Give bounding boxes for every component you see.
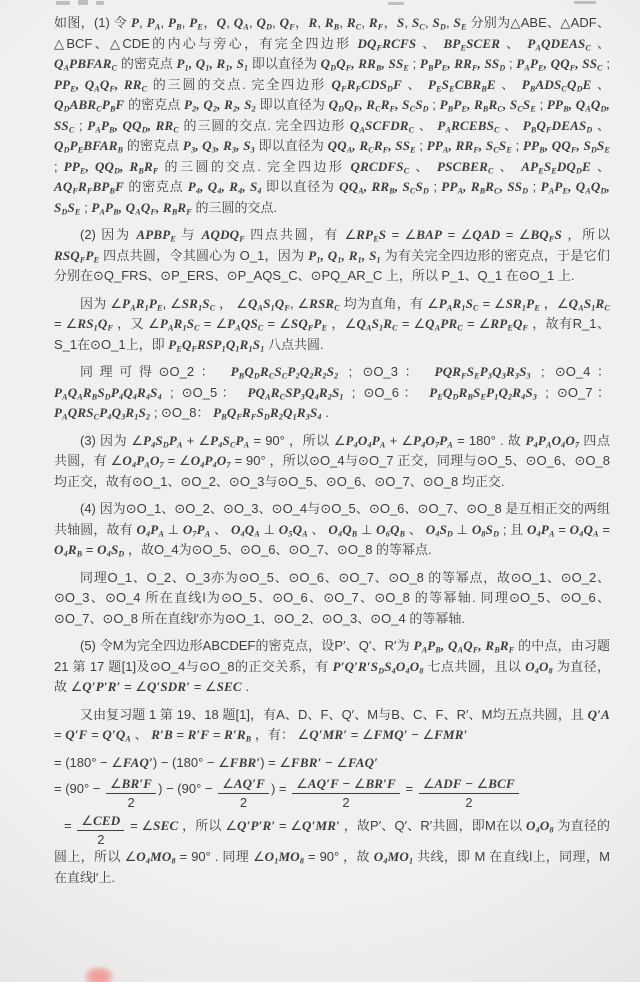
para-4-similar-circles: 同理可得⊙O_2： PBQDRCSCP2Q2R2S2 ; ⊙O_3： PQRFS…	[54, 362, 610, 424]
para-3-right-angles: 因为 ∠PAR1PE, ∠SR1SC ， ∠QAS1QF, ∠RSRC 均为直角…	[54, 294, 610, 356]
para-1-definitions: 如图，(1) 令 P, PA, PB, PE，Q, QA, QD, QF，R, …	[54, 13, 610, 218]
para-9-review-problems: 又由复习题 1 第 19、18 题[1]，有A、D、F、Q′、M与B、C、F、R…	[54, 705, 610, 746]
para-2-concyclic: (2) 因为 APBPE 与 AQDQF 四点共圆，有 ∠RPES = ∠BAP…	[54, 225, 610, 287]
para-8-miquel-point: (5) 令M为完全四边形ABCDEF的密克点，设P′、Q′、R′为 PAPB, …	[54, 636, 610, 698]
para-10-equation-line1: = (180° − ∠FAQ′) − (180° − ∠FBR′) = ∠FBR…	[54, 753, 610, 774]
para-12-conclusion: = ∠CED2 = ∠SEC ，所以 ∠Q′P′R′ = ∠Q′MR′ ，故P′…	[54, 813, 610, 888]
para-11-equation-line2: = (90° − ∠BR′F2) − (90° − ∠AQ′F2) = ∠AQ′…	[54, 776, 610, 810]
para-7-radical-axis: 同理O_1、O_2、O_3亦为⊙O_5、⊙O_6、⊙O_7、⊙O_8 的等幂点，…	[54, 568, 610, 630]
para-5-orthogonal: (3) 因为 ∠P4SDPA + ∠P4SCPA = 90° ，所以 ∠P4O4…	[54, 431, 610, 493]
para-6-coaxial: (4) 因为⊙O_1、⊙O_2、⊙O_3、⊙O_4与⊙O_5、⊙O_6、⊙O_7…	[54, 499, 610, 561]
document-body: 如图，(1) 令 P, PA, PB, PE，Q, QA, QD, QF，R, …	[0, 0, 640, 982]
pink-smudge	[84, 966, 114, 982]
photographed-page: 如图，(1) 令 P, PA, PB, PE，Q, QA, QD, QF，R, …	[0, 0, 640, 982]
